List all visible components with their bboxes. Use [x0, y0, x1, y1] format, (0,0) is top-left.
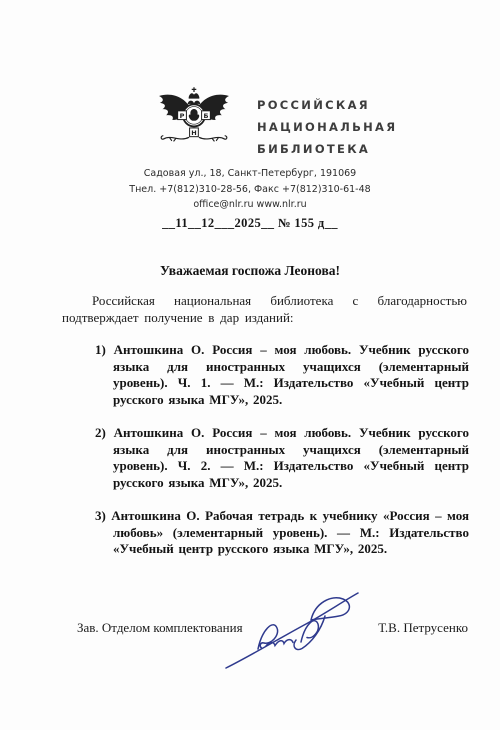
book-list: 1) Антошкина О. Россия – моя любовь. Уче…: [95, 342, 469, 558]
book-item-number: 3): [95, 508, 106, 523]
org-name-line-3: БИБЛИОТЕКА: [257, 138, 397, 160]
signatory-title: Зав. Отделом комплектования: [77, 620, 243, 636]
library-eagle-emblem: Р Б Н: [156, 86, 232, 160]
book-item-number: 2): [95, 425, 106, 440]
signatory-name: Т.В. Петрусенко: [378, 620, 468, 636]
book-item-text: Антошкина О. Россия – моя любовь. Учебни…: [113, 342, 469, 407]
svg-text:Р: Р: [180, 112, 185, 120]
book-item: 2) Антошкина О. Россия – моя любовь. Уче…: [95, 425, 469, 491]
closing-block: Зав. Отделом комплектования Т.В. Петрусе…: [0, 618, 500, 698]
address-line: Садовая ул., 18, Санкт-Петербург, 191069: [0, 166, 500, 182]
book-item: 3) Антошкина О. Рабочая тетрадь к учебни…: [95, 508, 469, 558]
org-name-line-2: НАЦИОНАЛЬНАЯ: [257, 116, 397, 138]
org-name-line-1: РОССИЙСКАЯ: [257, 94, 397, 116]
reference-number-line: __11__12___2025__ № 155 д__: [0, 216, 500, 232]
salutation: Уважаемая госпожа Леонова!: [0, 258, 500, 279]
phone-fax-line: Тнел. +7(812)310-28-56, Факс +7(812)310-…: [0, 182, 500, 198]
svg-text:Б: Б: [204, 112, 209, 120]
handwritten-signature: [222, 586, 362, 671]
email-web-line: office@nlr.ru www.nlr.ru: [0, 197, 500, 213]
book-item-text: Антошкина О. Рабочая тетрадь к учебнику …: [111, 508, 469, 556]
scanned-letter: Р Б Н РОССИЙСКАЯ НАЦИОНАЛЬНАЯ БИБЛИОТЕКА…: [0, 0, 500, 730]
contact-block: Садовая ул., 18, Санкт-Петербург, 191069…: [0, 166, 500, 231]
book-item-number: 1): [95, 342, 106, 357]
letter-body: Уважаемая госпожа Леонова! Российская на…: [0, 258, 500, 575]
intro-paragraph: Российская национальная библиотека с бла…: [62, 292, 467, 326]
book-item-text: Антошкина О. Россия – моя любовь. Учебни…: [113, 425, 469, 490]
svg-text:Н: Н: [191, 129, 196, 137]
book-item: 1) Антошкина О. Россия – моя любовь. Уче…: [95, 342, 469, 408]
org-name: РОССИЙСКАЯ НАЦИОНАЛЬНАЯ БИБЛИОТЕКА: [257, 94, 397, 160]
